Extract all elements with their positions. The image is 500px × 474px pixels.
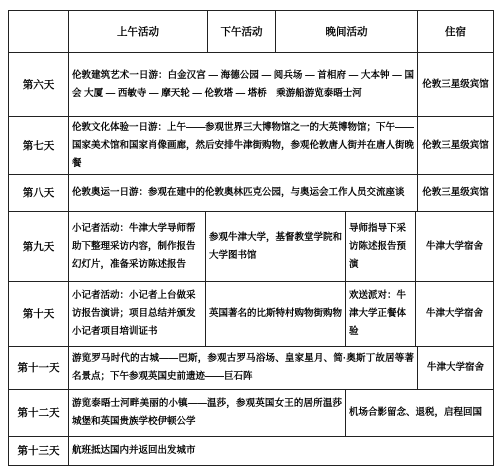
row-day12: 第十二天 游览泰晤士河畔美丽的小镇——温莎，参观英国女王的居所温莎城堡和英国贵族… <box>9 390 493 437</box>
day9-afternoon-text: 参观牛津大学，基督教堂学院和大学图书馆 <box>209 229 342 265</box>
day9-evening-text: 导师指导下采访陈述报告预演 <box>349 220 412 274</box>
cell-day6-activity: 伦敦建筑艺术一日游：白金汉宫 — 海德公园 — 阅兵场 — 首相府 — 大本钟 … <box>69 53 418 116</box>
cell-day8-label: 第八天 <box>9 175 69 211</box>
day8-activity-text: 伦敦奥运一日游：参观在建中的伦敦奥林匹克公园，与奥运会工作人员交流座谈 <box>72 184 414 202</box>
header-evening-text: 晚间活动 <box>279 23 414 41</box>
day7-activity-text: 伦敦文化体验一日游：上午——参观世界三大博物馆之一的大英博物馆；下午——国家美术… <box>72 119 414 173</box>
day6-label-text: 第六天 <box>12 76 65 94</box>
header-row: 上午活动 下午活动 晚间活动 住宿 <box>9 11 493 53</box>
cell-day10-morning: 小记者活动：小记者上台做采访报告演讲；项目总结并颁发小记者项目培训证书 <box>69 282 206 346</box>
cell-day9-afternoon: 参观牛津大学，基督教堂学院和大学图书馆 <box>206 212 346 281</box>
itinerary-table: 上午活动 下午活动 晚间活动 住宿 第六天 伦敦建筑艺术一日游：白金汉宫 — 海… <box>8 10 494 466</box>
cell-day10-afternoon: 英国著名的比斯特村购物街购物 <box>206 282 346 346</box>
header-morning-text: 上午活动 <box>72 23 204 41</box>
cell-day11-activity: 游览罗马时代的古城——巴斯，参观古罗马浴场、皇家星月、简·奥斯丁故居等著名景点；… <box>69 347 418 389</box>
header-evening: 晚间活动 <box>276 11 418 52</box>
day11-label-text: 第十一天 <box>12 359 65 377</box>
header-lodging-text: 住宿 <box>421 23 490 41</box>
header-morning: 上午活动 <box>69 11 208 52</box>
row-day10: 第十天 小记者活动：小记者上台做采访报告演讲；项目总结并颁发小记者项目培训证书 … <box>9 282 493 347</box>
cell-day10-evening: 欢送派对：牛津大学正餐体验 <box>346 282 416 346</box>
day12-label-text: 第十二天 <box>12 404 65 422</box>
cell-day12-activity: 游览泰晤士河畔美丽的小镇——温莎，参观英国女王的居所温莎城堡和英国贵族学校伊顿公… <box>69 390 346 436</box>
day8-label-text: 第八天 <box>12 184 65 202</box>
day11-activity-text: 游览罗马时代的古城——巴斯，参观古罗马浴场、皇家星月、简·奥斯丁故居等著名景点；… <box>72 350 414 386</box>
cell-day8-lodging: 伦敦三星级宾馆 <box>418 175 493 211</box>
day13-label-text: 第十三天 <box>12 442 65 460</box>
cell-day6-lodging: 伦敦三星级宾馆 <box>418 53 493 116</box>
day9-lodging-text: 牛津大学宿舍 <box>417 238 492 256</box>
day12-activity-text: 游览泰晤士河畔美丽的小镇——温莎，参观英国女王的居所温莎城堡和英国贵族学校伊顿公… <box>72 395 342 431</box>
day9-label-text: 第九天 <box>12 238 65 256</box>
header-lodging: 住宿 <box>418 11 493 52</box>
row-day9: 第九天 小记者活动：牛津大学导师帮助下整理采访内容，制作报告幻灯片，准备采访陈述… <box>9 212 493 282</box>
day10-lodging-text: 牛津大学宿舍 <box>417 305 492 323</box>
cell-day10-label: 第十天 <box>9 282 69 346</box>
row-day6: 第六天 伦敦建筑艺术一日游：白金汉宫 — 海德公园 — 阅兵场 — 首相府 — … <box>9 53 493 117</box>
cell-day10-lodging: 牛津大学宿舍 <box>416 282 493 346</box>
row-day7: 第七天 伦敦文化体验一日游：上午——参观世界三大博物馆之一的大英博物馆；下午——… <box>9 117 493 175</box>
day6-activity-text: 伦敦建筑艺术一日游：白金汉宫 — 海德公园 — 阅兵场 — 首相府 — 大本钟 … <box>72 67 414 103</box>
cell-day13-activity: 航班抵达国内并返回出发城市 <box>69 437 493 465</box>
row-day13: 第十三天 航班抵达国内并返回出发城市 <box>9 437 493 465</box>
cell-day13-label: 第十三天 <box>9 437 69 465</box>
cell-day12-evening-lodging: 机场合影留念、退税，启程回国 <box>346 390 493 436</box>
cell-day7-label: 第七天 <box>9 117 69 174</box>
row-day11: 第十一天 游览罗马时代的古城——巴斯，参观古罗马浴场、皇家星月、简·奥斯丁故居等… <box>9 347 493 390</box>
day11-lodging-text: 牛津大学宿舍 <box>419 359 492 377</box>
cell-day11-lodging: 牛津大学宿舍 <box>418 347 493 389</box>
cell-day7-lodging: 伦敦三星级宾馆 <box>418 117 493 174</box>
day10-afternoon-text: 英国著名的比斯特村购物街购物 <box>209 305 342 323</box>
header-afternoon-text: 下午活动 <box>211 23 272 41</box>
cell-day12-label: 第十二天 <box>9 390 69 436</box>
day13-activity-text: 航班抵达国内并返回出发城市 <box>72 442 490 460</box>
cell-day9-lodging: 牛津大学宿舍 <box>416 212 493 281</box>
day12-evening-lodging-text: 机场合影留念、退税，启程回国 <box>349 404 490 422</box>
day8-lodging-text: 伦敦三星级宾馆 <box>419 184 492 202</box>
header-afternoon: 下午活动 <box>208 11 276 52</box>
day10-morning-text: 小记者活动：小记者上台做采访报告演讲；项目总结并颁发小记者项目培训证书 <box>72 287 202 341</box>
cell-day9-morning: 小记者活动：牛津大学导师帮助下整理采访内容，制作报告幻灯片，准备采访陈述报告 <box>69 212 206 281</box>
day6-lodging-text: 伦敦三星级宾馆 <box>419 76 492 94</box>
cell-day9-evening: 导师指导下采访陈述报告预演 <box>346 212 416 281</box>
cell-day8-activity: 伦敦奥运一日游：参观在建中的伦敦奥林匹克公园，与奥运会工作人员交流座谈 <box>69 175 418 211</box>
day7-lodging-text: 伦敦三星级宾馆 <box>419 137 492 155</box>
cell-day6-label: 第六天 <box>9 53 69 116</box>
day10-label-text: 第十天 <box>12 305 65 323</box>
header-day-blank <box>9 11 69 52</box>
cell-day11-label: 第十一天 <box>9 347 69 389</box>
day9-morning-text: 小记者活动：牛津大学导师帮助下整理采访内容，制作报告幻灯片，准备采访陈述报告 <box>72 220 202 274</box>
cell-day9-label: 第九天 <box>9 212 69 281</box>
row-day8: 第八天 伦敦奥运一日游：参观在建中的伦敦奥林匹克公园，与奥运会工作人员交流座谈 … <box>9 175 493 212</box>
cell-day7-activity: 伦敦文化体验一日游：上午——参观世界三大博物馆之一的大英博物馆；下午——国家美术… <box>69 117 418 174</box>
day7-label-text: 第七天 <box>12 137 65 155</box>
day10-evening-text: 欢送派对：牛津大学正餐体验 <box>349 287 412 341</box>
